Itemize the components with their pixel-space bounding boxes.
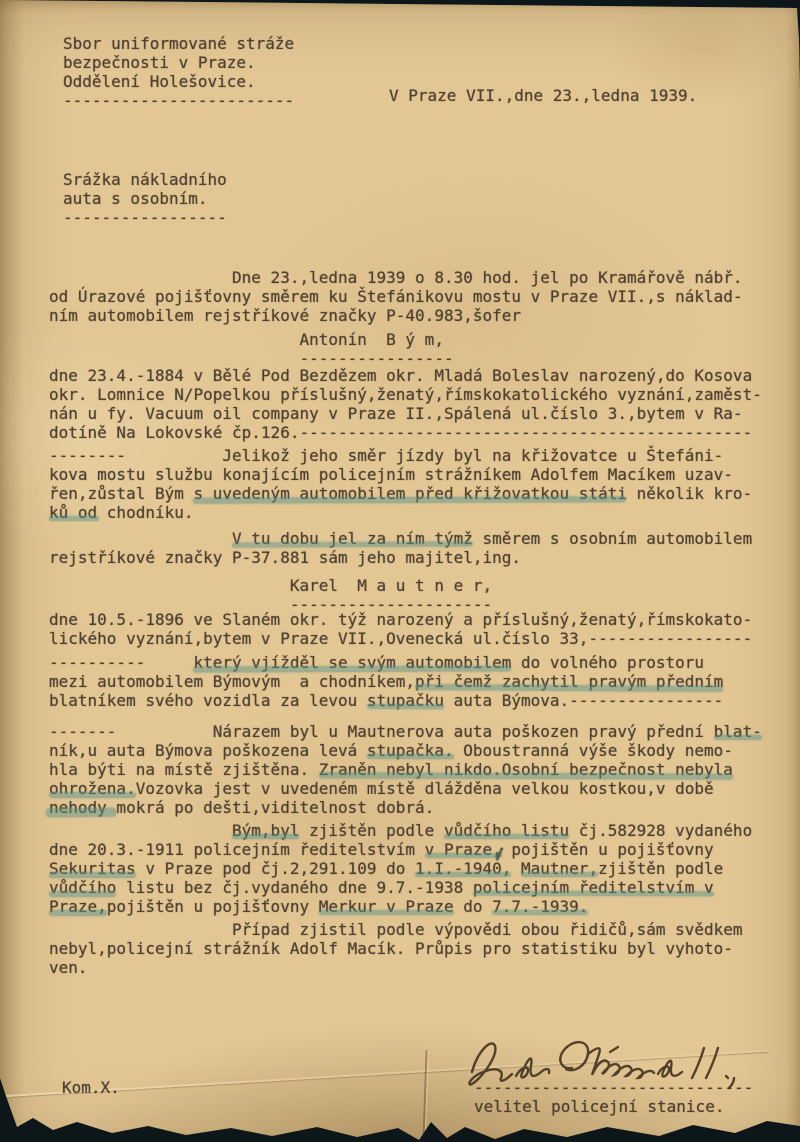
pencil-underline	[193, 665, 511, 672]
document-page: Josef Oktábec II., Sbor uniformované str…	[0, 0, 800, 1142]
typed-line: rejstříkové značky P-37.881 sám jeho maj…	[49, 548, 752, 567]
typed-line: V Praze VII.,dne 23.,ledna 1939.	[389, 86, 697, 105]
typed-line: nehody mokrá po dešti,viditelnost dobrá.	[49, 798, 762, 817]
pencil-underline	[49, 792, 136, 798]
dateline: V Praze VII.,dne 23.,ledna 1939.	[389, 86, 697, 105]
pencil-underline	[232, 834, 299, 839]
pencil-underline	[367, 754, 454, 760]
typed-line: Sekuritas v Praze pod čj.2,291.109 do 1.…	[49, 859, 752, 878]
para-intro: Dne 23.,ledna 1939 o 8.30 hod. jel po Kr…	[49, 268, 743, 325]
typed-line: Kom.X.	[62, 1078, 120, 1097]
typed-line: nán u fy. Vacuum oil company v Praze II.…	[49, 404, 762, 423]
typed-line: Antonín B ý m,	[49, 330, 454, 349]
pencil-underline	[473, 891, 714, 897]
typed-line: kova mostu službu konajícím policejním s…	[49, 465, 752, 484]
typed-line: Sbor uniformované stráže	[63, 34, 294, 53]
typed-line: ků od chodníku.	[49, 503, 752, 522]
pencil-underline	[714, 735, 762, 740]
para-bym-details: dne 23.4.-1884 v Bělé Pod Bezdězem okr. …	[49, 366, 762, 442]
pencil-underline	[49, 910, 107, 916]
typed-line: dne 23.4.-1884 v Bělé Pod Bezdězem okr. …	[49, 366, 762, 385]
pencil-underline	[415, 872, 511, 877]
typed-line: Karel M a u t n e r,	[49, 576, 492, 595]
typed-line: Případ zjistil podle výpovědi obou řidič…	[49, 920, 743, 939]
typed-line: -------- Jelikož jeho směr jízdy byl na …	[49, 446, 752, 465]
typed-line: dotíně Na Lokovské čp.126.--------------…	[49, 423, 762, 442]
pencil-underline	[49, 872, 136, 878]
pencil-underline	[319, 910, 454, 915]
typed-line: lického vyznání,bytem v Praze VII.,Ovene…	[49, 629, 752, 648]
para-v-tu-dobu: V tu dobu jel za ním týmž směrem s osobn…	[49, 529, 752, 567]
typed-line: ven.	[49, 958, 743, 977]
pencil-underline	[521, 872, 598, 877]
typed-line: auta s osobním.	[63, 189, 227, 208]
name-bym: Antonín B ý m, ----------------	[49, 330, 454, 368]
letterhead: Sbor uniformované strážebezpečnosti v Pr…	[63, 34, 294, 110]
typed-line: -----------------	[63, 208, 227, 227]
typed-line: dne 20.3.-1911 policejním ředitelstvím v…	[49, 840, 752, 859]
typed-line: od Úrazové pojišťovny směrem ku Štefánik…	[49, 287, 743, 306]
para-jelikoz: -------- Jelikož jeho směr jízdy byl na …	[49, 446, 752, 522]
typed-line: ------- Nárazem byl u Mautnerova auta po…	[49, 722, 762, 741]
footer-ref: Kom.X.	[62, 1078, 120, 1097]
para-ktery: ---------- který vjížděl se svým automob…	[49, 653, 723, 710]
typed-line: Srážka nákladního	[63, 170, 227, 189]
pencil-underline	[367, 704, 444, 709]
typed-line: Bým,byl zjištěn podle vůdčího listu čj.5…	[49, 821, 752, 840]
pencil-underline	[425, 853, 502, 858]
typed-line: okr. Lomnice N/Popelkou příslušný,ženatý…	[49, 385, 762, 404]
typed-line: Oddělení Holešovice.	[63, 72, 294, 91]
typed-line: ------------------------	[63, 91, 294, 110]
pencil-underline	[492, 910, 588, 915]
pencil-underline	[49, 516, 99, 521]
name-mautner: Karel M a u t n e r, -------------------…	[49, 576, 492, 614]
typed-line: ohrožena.Vozovka jest v uvedeném místě d…	[49, 779, 762, 798]
para-pripad: Případ zjistil podle výpovědi obou řidič…	[49, 920, 743, 977]
typed-line: velitel policejní stanice.	[474, 1097, 753, 1116]
signature-transcription: Josef Oktábec II.,	[0, 0, 1, 1]
subject: Srážka nákladníhoauta s osobním.--------…	[63, 170, 227, 227]
pencil-underline	[49, 891, 116, 897]
typed-line: Dne 23.,ledna 1939 o 8.30 hod. jel po Kr…	[49, 268, 743, 287]
paper-tear-crack	[422, 1050, 427, 1142]
typed-line: bezpečnosti v Praze.	[63, 53, 294, 72]
signature-typed: -----------------------------velitel pol…	[474, 1078, 753, 1116]
typed-line: ním automobilem rejstříkové značky P-40.…	[49, 306, 743, 325]
scan-background: { "page_colors": { "background": "#0d171…	[0, 0, 800, 1142]
typed-line: -----------------------------	[474, 1078, 753, 1097]
typed-line: nebyl,policejní strážník Adolf Macík. Pr…	[49, 939, 743, 958]
pencil-underline	[444, 834, 569, 839]
para-bym-license: Bým,byl zjištěn podle vůdčího listu čj.5…	[49, 821, 752, 916]
pencil-underline	[46, 808, 116, 818]
typed-line: dne 10.5.-1896 ve Slaném okr. týž naroze…	[49, 610, 752, 629]
para-mautner-details: dne 10.5.-1896 ve Slaném okr. týž naroze…	[49, 610, 752, 648]
para-narazem: ------- Nárazem byl u Mautnerova auta po…	[49, 722, 762, 817]
